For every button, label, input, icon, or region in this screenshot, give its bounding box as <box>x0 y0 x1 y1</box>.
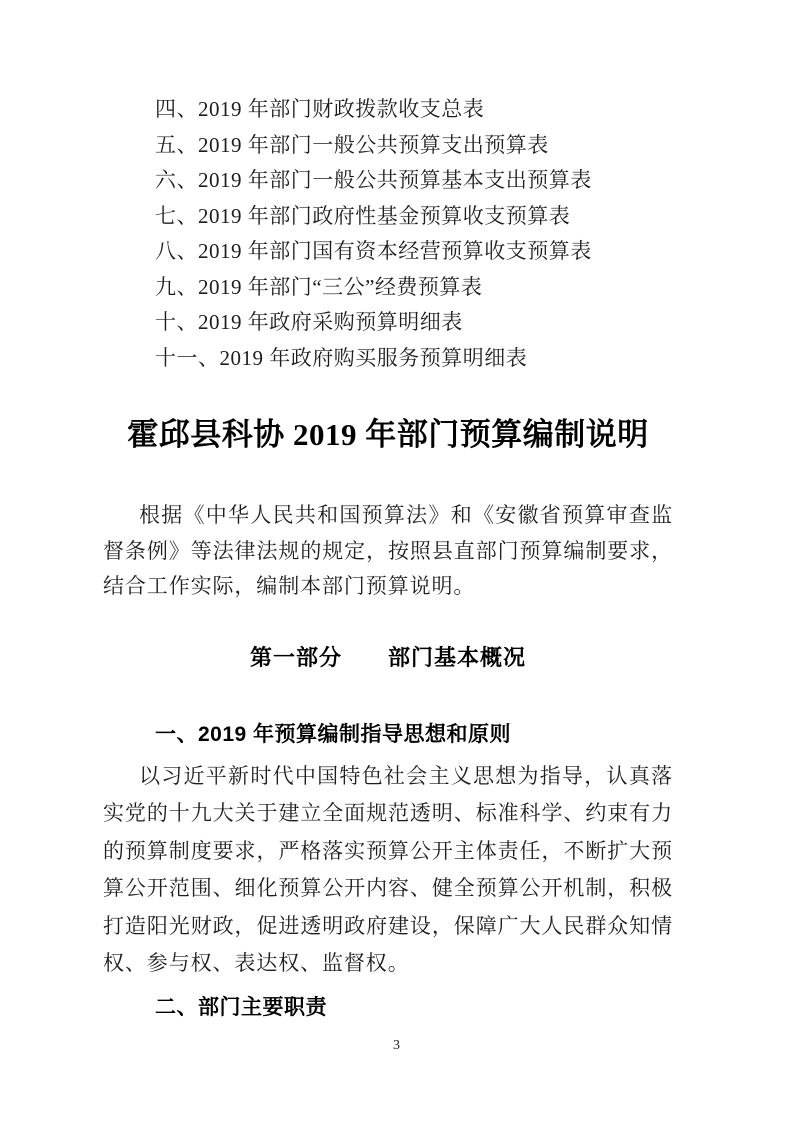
toc-item: 六、2019 年部门一般公共预算基本支出预算表 <box>155 163 673 199</box>
toc-item: 八、2019 年部门国有资本经营预算收支预算表 <box>155 234 673 270</box>
toc-item: 九、2019 年部门“三公”经费预算表 <box>155 270 673 306</box>
attachment-table-list: 四、2019 年部门财政拨款收支总表 五、2019 年部门一般公共预算支出预算表… <box>103 92 673 376</box>
section2-heading: 二、部门主要职责 <box>103 994 673 1022</box>
intro-paragraph: 根据《中华人民共和国预算法》和《安徽省预算审查监督条例》等法律法规的规定，按照县… <box>103 498 673 605</box>
document-page: 四、2019 年部门财政拨款收支总表 五、2019 年部门一般公共预算支出预算表… <box>0 0 793 1122</box>
section1-heading: 一、2019 年预算编制指导思想和原则 <box>103 721 673 749</box>
section1-body-paragraph: 以习近平新时代中国特色社会主义思想为指导，认真落实党的十九大关于建立全面规范透明… <box>103 758 673 983</box>
toc-item: 四、2019 年部门财政拨款收支总表 <box>155 92 673 128</box>
part1-heading: 第一部分 部门基本概况 <box>103 643 673 673</box>
document-title: 霍邱县科协 2019 年部门预算编制说明 <box>103 412 673 458</box>
toc-item: 十、2019 年政府采购预算明细表 <box>155 305 673 341</box>
toc-item: 十一、2019 年政府购买服务预算明细表 <box>155 341 673 377</box>
toc-item: 七、2019 年部门政府性基金预算收支预算表 <box>155 199 673 235</box>
page-content: 四、2019 年部门财政拨款收支总表 五、2019 年部门一般公共预算支出预算表… <box>0 0 793 1022</box>
page-number: 3 <box>0 1038 793 1054</box>
toc-item: 五、2019 年部门一般公共预算支出预算表 <box>155 128 673 164</box>
